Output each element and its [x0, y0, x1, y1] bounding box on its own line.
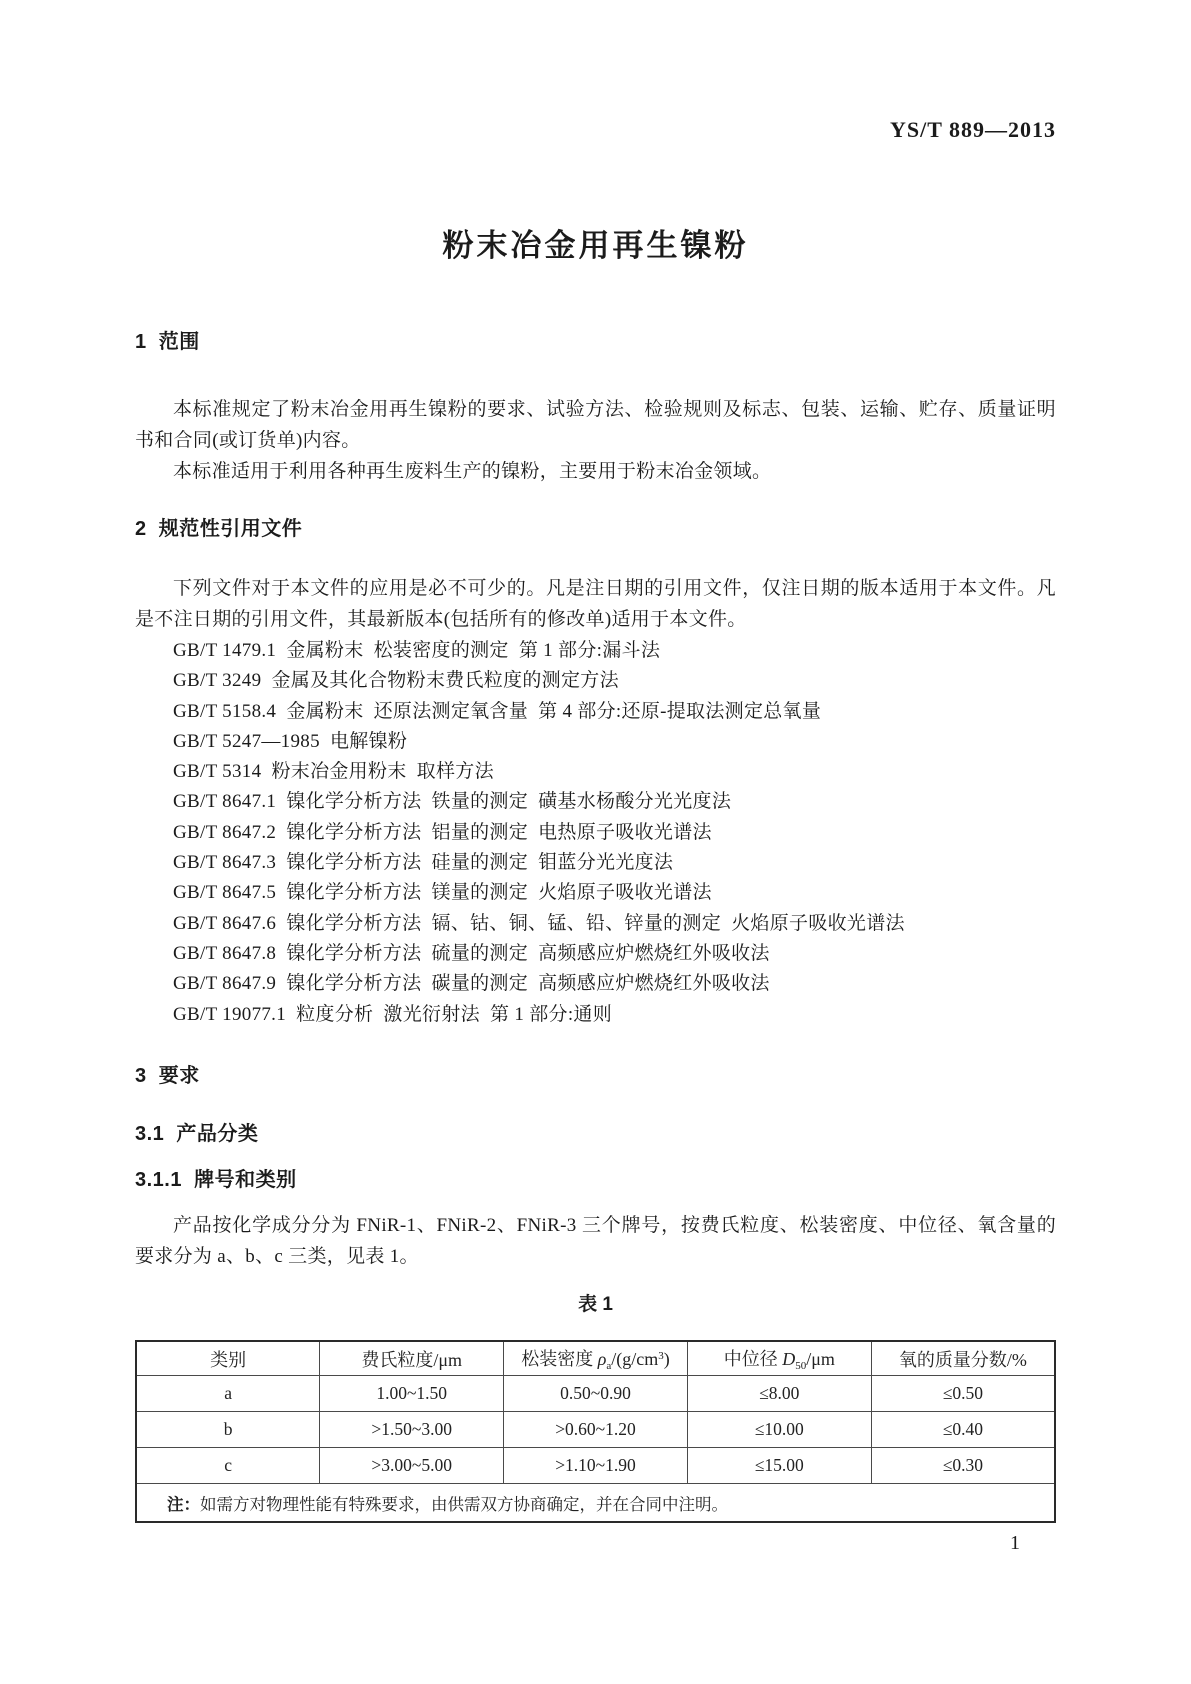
header-cell-class: 类别 — [136, 1341, 320, 1376]
table-cell: 1.00~1.50 — [320, 1376, 504, 1412]
table-cell: ≤8.00 — [687, 1376, 871, 1412]
reference-item: GB/T 5158.4 金属粉末 还原法测定氧含量 第 4 部分:还原-提取法测… — [135, 697, 1056, 727]
grades-paragraph: 产品按化学成分分为 FNiR-1、FNiR-2、FNiR-3 三个牌号，按费氏粒… — [135, 1210, 1056, 1272]
table-cell: c — [136, 1448, 320, 1484]
section-3-heading: 3 要求 — [135, 1062, 1056, 1090]
section-3-1-1-heading: 3.1.1 牌号和类别 — [135, 1166, 1056, 1194]
table-cell: >3.00~5.00 — [320, 1448, 504, 1484]
reference-item: GB/T 1479.1 金属粉末 松装密度的测定 第 1 部分:漏斗法 — [135, 636, 1056, 666]
table-cell: b — [136, 1412, 320, 1448]
header-cell-apparent-density: 松装密度 ρa/(g/cm3) — [504, 1341, 688, 1376]
reference-item: GB/T 19077.1 粒度分析 激光衍射法 第 1 部分:通则 — [135, 1000, 1056, 1030]
reference-item: GB/T 8647.6 镍化学分析方法 镉、钴、铜、锰、铅、锌量的测定 火焰原子… — [135, 909, 1056, 939]
reference-item: GB/T 3249 金属及其化合物粉末费氏粒度的测定方法 — [135, 666, 1056, 696]
reference-item: GB/T 8647.8 镍化学分析方法 硫量的测定 高频感应炉燃烧红外吸收法 — [135, 939, 1056, 969]
reference-list: GB/T 1479.1 金属粉末 松装密度的测定 第 1 部分:漏斗法 GB/T… — [135, 636, 1056, 1030]
table-1-caption: 表 1 — [135, 1292, 1056, 1318]
scope-paragraph-2: 本标准适用于利用各种再生废料生产的镍粉，主要用于粉末冶金领域。 — [135, 456, 1056, 487]
table-row-c: c >3.00~5.00 >1.10~1.90 ≤15.00 ≤0.30 — [136, 1448, 1055, 1484]
table-header-row: 类别 费氏粒度/μm 松装密度 ρa/(g/cm3) 中位径 D50/μm 氧的… — [136, 1341, 1055, 1376]
reference-item: GB/T 8647.2 镍化学分析方法 铝量的测定 电热原子吸收光谱法 — [135, 818, 1056, 848]
reference-item: GB/T 8647.3 镍化学分析方法 硅量的测定 钼蓝分光光度法 — [135, 848, 1056, 878]
table-row-b: b >1.50~3.00 >0.60~1.20 ≤10.00 ≤0.40 — [136, 1412, 1055, 1448]
reference-item: GB/T 5247—1985 电解镍粉 — [135, 727, 1056, 757]
doc-title: 粉末冶金用再生镍粉 — [135, 225, 1056, 267]
reference-item: GB/T 8647.9 镍化学分析方法 碳量的测定 高频感应炉燃烧红外吸收法 — [135, 969, 1056, 999]
table-row-a: a 1.00~1.50 0.50~0.90 ≤8.00 ≤0.50 — [136, 1376, 1055, 1412]
table-cell: >1.50~3.00 — [320, 1412, 504, 1448]
table-cell: ≤10.00 — [687, 1412, 871, 1448]
header-cell-oxygen: 氧的质量分数/% — [871, 1341, 1055, 1376]
section-2-heading: 2 规范性引用文件 — [135, 515, 1056, 543]
spec-table: 类别 费氏粒度/μm 松装密度 ρa/(g/cm3) 中位径 D50/μm 氧的… — [135, 1340, 1056, 1523]
scope-paragraph-1: 本标准规定了粉末冶金用再生镍粉的要求、试验方法、检验规则及标志、包装、运输、贮存… — [135, 394, 1056, 456]
table-cell: ≤0.30 — [871, 1448, 1055, 1484]
table-cell: ≤0.50 — [871, 1376, 1055, 1412]
table-cell: >1.10~1.90 — [504, 1448, 688, 1484]
note-text: 如需方对物理性能有特殊要求，由供需双方协商确定，并在合同中注明。 — [200, 1495, 728, 1514]
table-cell: ≤0.40 — [871, 1412, 1055, 1448]
table-cell: ≤15.00 — [687, 1448, 871, 1484]
normative-paragraph: 下列文件对于本文件的应用是必不可少的。凡是注日期的引用文件，仅注日期的版本适用于… — [135, 573, 1056, 635]
page-number: 1 — [135, 1530, 1056, 1556]
note-label: 注： — [167, 1496, 200, 1514]
table-cell: >0.60~1.20 — [504, 1412, 688, 1448]
reference-item: GB/T 8647.5 镍化学分析方法 镁量的测定 火焰原子吸收光谱法 — [135, 878, 1056, 908]
table-cell: a — [136, 1376, 320, 1412]
reference-item: GB/T 8647.1 镍化学分析方法 铁量的测定 磺基水杨酸分光光度法 — [135, 787, 1056, 817]
reference-item: GB/T 5314 粉末冶金用粉末 取样方法 — [135, 757, 1056, 787]
table-note-cell: 注：如需方对物理性能有特殊要求，由供需双方协商确定，并在合同中注明。 — [136, 1484, 1055, 1522]
document-page: YS/T 889—2013 粉末冶金用再生镍粉 1 范围 本标准规定了粉末冶金用… — [0, 0, 1191, 1684]
doc-number: YS/T 889—2013 — [135, 0, 1056, 143]
section-1-heading: 1 范围 — [135, 328, 1056, 356]
table-note-row: 注：如需方对物理性能有特殊要求，由供需双方协商确定，并在合同中注明。 — [136, 1484, 1055, 1522]
table-cell: 0.50~0.90 — [504, 1376, 688, 1412]
header-cell-fisher-size: 费氏粒度/μm — [320, 1341, 504, 1376]
header-cell-median-diameter: 中位径 D50/μm — [687, 1341, 871, 1376]
section-3-1-heading: 3.1 产品分类 — [135, 1120, 1056, 1148]
